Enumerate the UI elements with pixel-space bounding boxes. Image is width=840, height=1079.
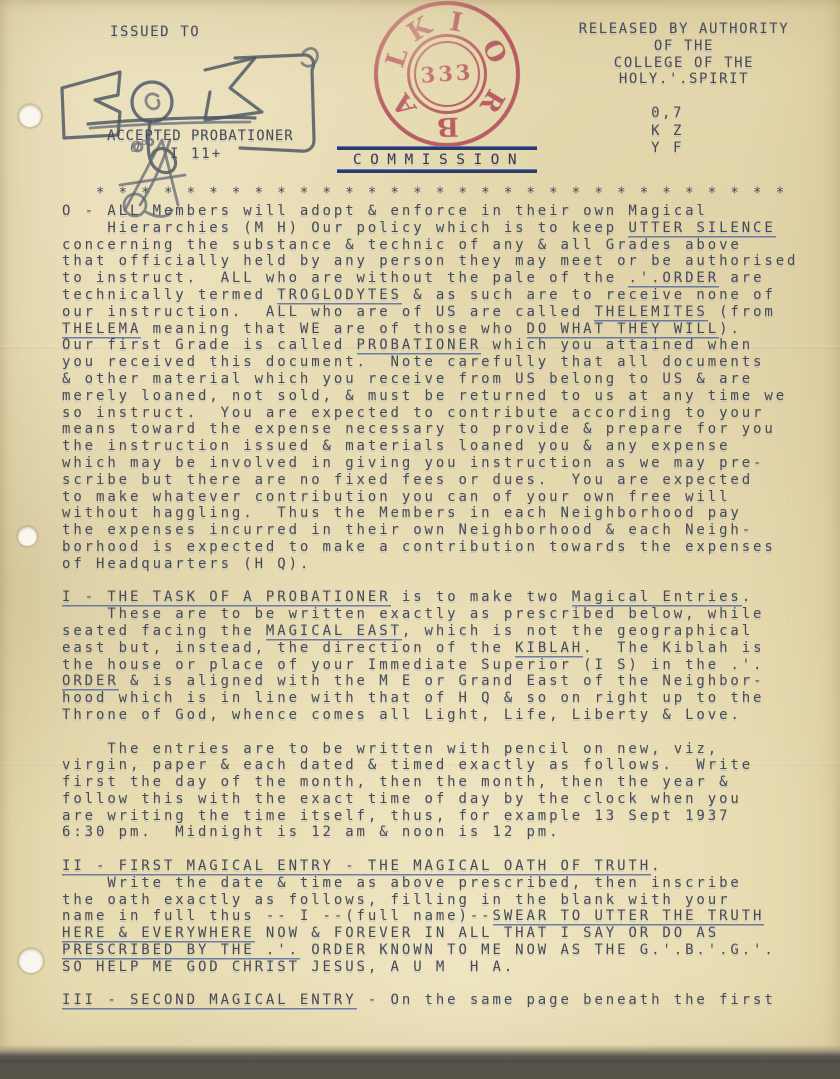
typed-line: RELEASED BY AUTHORITY <box>563 21 805 38</box>
typed-line: II - FIRST MAGICAL ENTRY - THE MAGICAL O… <box>62 858 798 875</box>
typed-line: O - ALL Members will adopt & enforce in … <box>62 203 798 220</box>
commission-bottom-rule <box>337 169 537 173</box>
typed-line: K Z <box>565 123 770 141</box>
released-by-authority-block: RELEASED BY AUTHORITYOF THECOLLEGE OF TH… <box>563 21 805 88</box>
typed-line: so instruct. You are expected to contrib… <box>62 405 798 422</box>
typed-line: III - SECOND MAGICAL ENTRY - On the same… <box>62 992 798 1009</box>
typed-line: of Headquarters (H Q). <box>62 556 798 573</box>
typed-line: & other material which you receive from … <box>62 371 798 388</box>
typed-line: These are to be written exactly as presc… <box>62 606 798 623</box>
typed-line: Y F <box>565 140 770 158</box>
typed-line: technically termed TROGLODYTES & as such… <box>62 287 798 304</box>
issued-to-label: ISSUED TO <box>110 24 200 40</box>
typed-line: to instruct. ALL who are without the pal… <box>62 270 798 287</box>
document-page: ISSUED TO ACCEPTED PROBATIONER I 11+ 0° … <box>0 0 840 1063</box>
typed-line: Write the date & time as above prescribe… <box>62 875 798 892</box>
body-text: O - ALL Members will adopt & enforce in … <box>62 203 798 1009</box>
typed-line: hood which is in line with that of H Q &… <box>62 690 798 707</box>
typed-line: Hierarchies (M H) Our policy which is to… <box>62 220 798 237</box>
typed-line: which may be involved in giving you inst… <box>62 455 798 472</box>
typed-line: the house or place of your Immediate Sup… <box>62 657 798 674</box>
typed-line: seated facing the MAGICAL EAST, which is… <box>62 623 798 640</box>
typed-line: scribe but there are no fixed fees or du… <box>62 472 798 489</box>
typed-line: 6:30 pm. Midnight is 12 am & noon is 12 … <box>62 824 798 841</box>
typed-line <box>62 841 798 858</box>
typed-line: COLLEGE OF THE <box>563 55 805 72</box>
typed-line: concerning the substance & technic of an… <box>62 237 798 254</box>
typed-line: means toward the expense necessary to pr… <box>62 421 798 438</box>
typed-line: virgin, paper & each dated & timed exact… <box>62 757 798 774</box>
typed-line: the instruction issued & materials loane… <box>62 438 798 455</box>
typed-line: The entries are to be written with penci… <box>62 741 798 758</box>
typed-line: are writing the time itself, thus, for e… <box>62 808 798 825</box>
typed-line: the expenses incurred in their own Neigh… <box>62 522 798 539</box>
typed-line: SO HELP ME GOD CHRIST JESUS, A U M H A. <box>62 959 798 976</box>
handwritten-degree-mark: 0° <box>130 137 148 156</box>
typed-line: HOLY.'.SPIRIT <box>563 71 805 88</box>
sigil-circle-stroke <box>132 82 172 122</box>
typed-line: Our first Grade is called PROBATIONER wh… <box>62 337 798 354</box>
typed-line: to make whatever contribution you can of… <box>62 489 798 506</box>
typed-line: you received this document. Note careful… <box>62 354 798 371</box>
typed-line <box>62 724 798 741</box>
typed-line: PRESCRIBED BY THE .'. ORDER KNOWN TO ME … <box>62 942 798 959</box>
punch-hole-bottom <box>19 949 43 973</box>
code-block: 0,7K ZY F <box>565 105 770 158</box>
typed-line <box>62 976 798 993</box>
grade-line: I 11+ <box>170 146 222 162</box>
typed-line: first the day of the month, then the mon… <box>62 774 798 791</box>
typed-line: our instruction. ALL who are of US are c… <box>62 304 798 321</box>
punch-hole-middle <box>18 527 37 546</box>
typed-line: follow this with the exact time of day b… <box>62 791 798 808</box>
commission-banner: COMMISSION <box>337 146 537 173</box>
typed-line: without haggling. Thus the Members in ea… <box>62 505 798 522</box>
typed-line: HERE & EVERYWHERE NOW & FOREVER IN ALL T… <box>62 925 798 942</box>
commission-label: COMMISSION <box>337 150 537 169</box>
typed-line: THELEMA meaning that WE are of those who… <box>62 321 798 338</box>
typed-line: Throne of God, whence comes all Light, L… <box>62 707 798 724</box>
typed-line: that officially held by any person they … <box>62 253 798 270</box>
typed-line: borhood is expected to make a contributi… <box>62 539 798 556</box>
typed-line: I - THE TASK OF A PROBATIONER is to make… <box>62 589 798 606</box>
typed-line: ORDER & is aligned with the M E or Grand… <box>62 673 798 690</box>
punch-hole-top <box>19 105 41 127</box>
asterisk-separator: * * * * * * * * * * * * * * * * * * * * … <box>62 185 787 202</box>
typed-line: OF THE <box>563 38 805 55</box>
typed-line: 0,7 <box>565 105 770 123</box>
typed-line: name in full thus -- I --(full name)--SW… <box>62 908 798 925</box>
typed-line: merely loaned, not sold, & must be retur… <box>62 388 798 405</box>
typed-line: the oath exactly as follows, filling in … <box>62 892 798 909</box>
stamp-fade-overlay <box>369 0 525 152</box>
rubber-stamp-333: 333 KIORBAL <box>369 0 525 152</box>
typed-line <box>62 573 798 590</box>
typed-line: east but, instead, the direction of the … <box>62 640 798 657</box>
paper-bottom-edge <box>0 1045 840 1063</box>
